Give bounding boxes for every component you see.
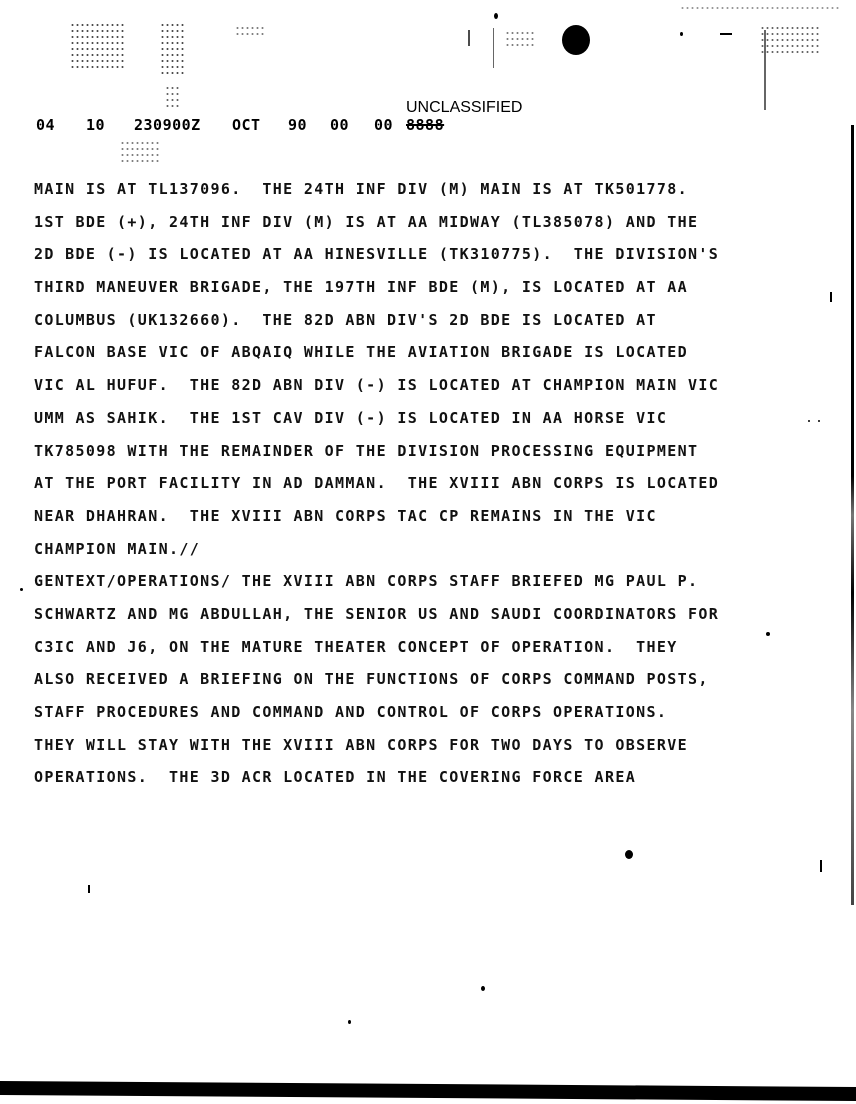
scan-dot	[766, 632, 770, 636]
scan-dot	[494, 13, 498, 19]
scan-noise	[160, 22, 184, 77]
header-field: 00	[330, 116, 374, 134]
scan-noise	[120, 140, 160, 162]
scan-noise	[235, 25, 265, 39]
scan-noise	[830, 292, 832, 302]
text-line: AT THE PORT FACILITY IN AD DAMMAN. THE X…	[34, 474, 834, 507]
scan-noise	[505, 30, 535, 50]
text-line: C3IC AND J6, ON THE MATURE THEATER CONCE…	[34, 638, 834, 671]
text-line: SCHWARTZ AND MG ABDULLAH, THE SENIOR US …	[34, 605, 834, 638]
scan-noise	[720, 33, 732, 35]
header-field: 00	[374, 116, 406, 134]
redacted-header-field: 8888	[406, 116, 444, 134]
punch-hole-mark	[562, 25, 590, 55]
scan-noise	[680, 5, 840, 13]
classification-marking: UNCLASSIFIED	[406, 99, 522, 117]
scan-noise	[493, 28, 494, 68]
text-line: 1ST BDE (+), 24TH INF DIV (M) IS AT AA M…	[34, 213, 834, 246]
header-field: 10	[86, 116, 134, 134]
text-line: NEAR DHAHRAN. THE XVIII ABN CORPS TAC CP…	[34, 507, 834, 540]
scan-noise	[468, 30, 470, 46]
text-line: TK785098 WITH THE REMAINDER OF THE DIVIS…	[34, 442, 834, 475]
text-line: COLUMBUS (UK132660). THE 82D ABN DIV'S 2…	[34, 311, 834, 344]
scan-noise	[760, 25, 820, 55]
text-line: FALCON BASE VIC OF ABQAIQ WHILE THE AVIA…	[34, 343, 834, 376]
text-line: GENTEXT/OPERATIONS/ THE XVIII ABN CORPS …	[34, 572, 834, 605]
scan-noise	[764, 30, 766, 110]
scan-dot	[625, 850, 633, 859]
scan-dot	[808, 420, 810, 422]
scan-dot	[20, 588, 23, 591]
text-line: ALSO RECEIVED A BRIEFING ON THE FUNCTION…	[34, 670, 834, 703]
header-field-dtg: 230900Z	[134, 116, 232, 134]
text-line: 2D BDE (-) IS LOCATED AT AA HINESVILLE (…	[34, 245, 834, 278]
text-line: STAFF PROCEDURES AND COMMAND AND CONTROL…	[34, 703, 834, 736]
text-line: THIRD MANEUVER BRIGADE, THE 197TH INF BD…	[34, 278, 834, 311]
message-body: MAIN IS AT TL137096. THE 24TH INF DIV (M…	[34, 180, 834, 801]
scan-dot	[348, 1020, 351, 1024]
scan-noise	[820, 860, 822, 872]
scan-dot	[818, 420, 820, 422]
scanned-document-page: UNCLASSIFIED 04 10 230900Z OCT 90 00 00 …	[0, 0, 856, 1104]
message-header-line: 04 10 230900Z OCT 90 00 00 8888	[36, 116, 444, 134]
header-field: 04	[36, 116, 86, 134]
scan-noise	[70, 22, 125, 70]
scan-bottom-bar	[0, 1081, 856, 1101]
scan-edge-line	[851, 125, 854, 905]
text-line: UMM AS SAHIK. THE 1ST CAV DIV (-) IS LOC…	[34, 409, 834, 442]
text-line: MAIN IS AT TL137096. THE 24TH INF DIV (M…	[34, 180, 834, 213]
text-line: OPERATIONS. THE 3D ACR LOCATED IN THE CO…	[34, 768, 834, 801]
scan-dot	[481, 986, 485, 991]
scan-dot	[680, 32, 683, 36]
scan-noise	[165, 85, 181, 107]
text-line: VIC AL HUFUF. THE 82D ABN DIV (-) IS LOC…	[34, 376, 834, 409]
text-line: THEY WILL STAY WITH THE XVIII ABN CORPS …	[34, 736, 834, 769]
scan-noise	[88, 885, 90, 893]
header-field-year: 90	[288, 116, 330, 134]
text-line: CHAMPION MAIN.//	[34, 540, 834, 573]
header-field-month: OCT	[232, 116, 288, 134]
